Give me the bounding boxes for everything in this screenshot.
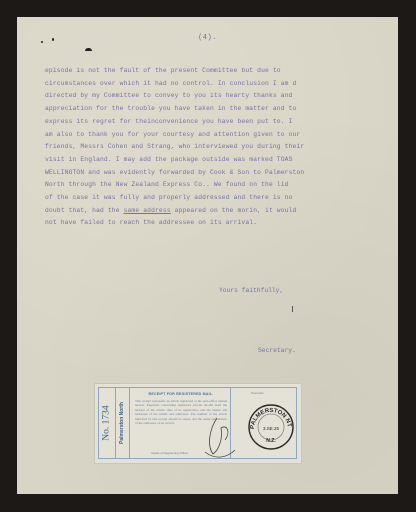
document-page: (4). episode is not the fault of the pre…: [17, 17, 398, 494]
pencil-mark: [292, 306, 293, 312]
body-line: visit in England. I may add the package …: [45, 154, 395, 167]
postmark-country: N.Z.: [266, 438, 276, 444]
underlined-phrase: same address: [124, 207, 171, 214]
body-line: express its regret for theinconvenience …: [45, 116, 395, 129]
receipt-frame: No. 1734 Palmerston North RECEIPT FOR RE…: [98, 387, 297, 459]
body-line: WELLINGTON and was evidently forwarded b…: [45, 167, 395, 180]
body-line: not have failed to reach the addressee o…: [45, 217, 395, 230]
punch-mark: [85, 48, 92, 51]
registered-mail-receipt: No. 1734 Palmerston North RECEIPT FOR RE…: [94, 383, 302, 464]
letter-body: episode is not the fault of the present …: [45, 65, 395, 230]
handwritten-initials: [199, 410, 239, 460]
ink-mark: [52, 38, 54, 41]
postmark-date: 3.SE.25: [263, 426, 280, 431]
page-number: (4).: [17, 34, 398, 42]
body-line: friends, Messrs Cohen and Strang, who in…: [45, 141, 395, 154]
receipt-number-text: No. 1734: [102, 405, 112, 440]
closing: Yours faithfully,: [219, 287, 283, 294]
body-line: North through the New Zealand Express Co…: [45, 179, 395, 192]
ink-mark: [41, 41, 43, 43]
postmark-stamp: PALMERSTON NTH 3.SE.25 N.Z.: [246, 402, 296, 452]
receipt-title: RECEIPT FOR REGISTERED MAIL.: [135, 392, 227, 396]
body-line: circumstances over which it had no contr…: [45, 78, 395, 91]
body-line: episode is not the fault of the present …: [45, 65, 395, 78]
receipt-office-text: Palmerston North: [119, 402, 125, 444]
body-line: appreciation for the trouble you have ta…: [45, 103, 395, 116]
receipt-number: No. 1734: [99, 388, 115, 458]
body-line: of the case it was fully and properly ad…: [45, 192, 395, 205]
body-line: directed by my Committee to convey to yo…: [45, 90, 395, 103]
postmark-label: Postmark: [251, 391, 264, 395]
body-line: doubt that, had the same address appeare…: [45, 205, 395, 218]
receipt-office: Palmerston North: [115, 388, 129, 458]
signature-title: Secretary.: [258, 347, 296, 354]
receipt-footer: Initials of Registering Officer: [151, 451, 188, 455]
body-line: am also to thank you for your courtesy a…: [45, 129, 395, 142]
